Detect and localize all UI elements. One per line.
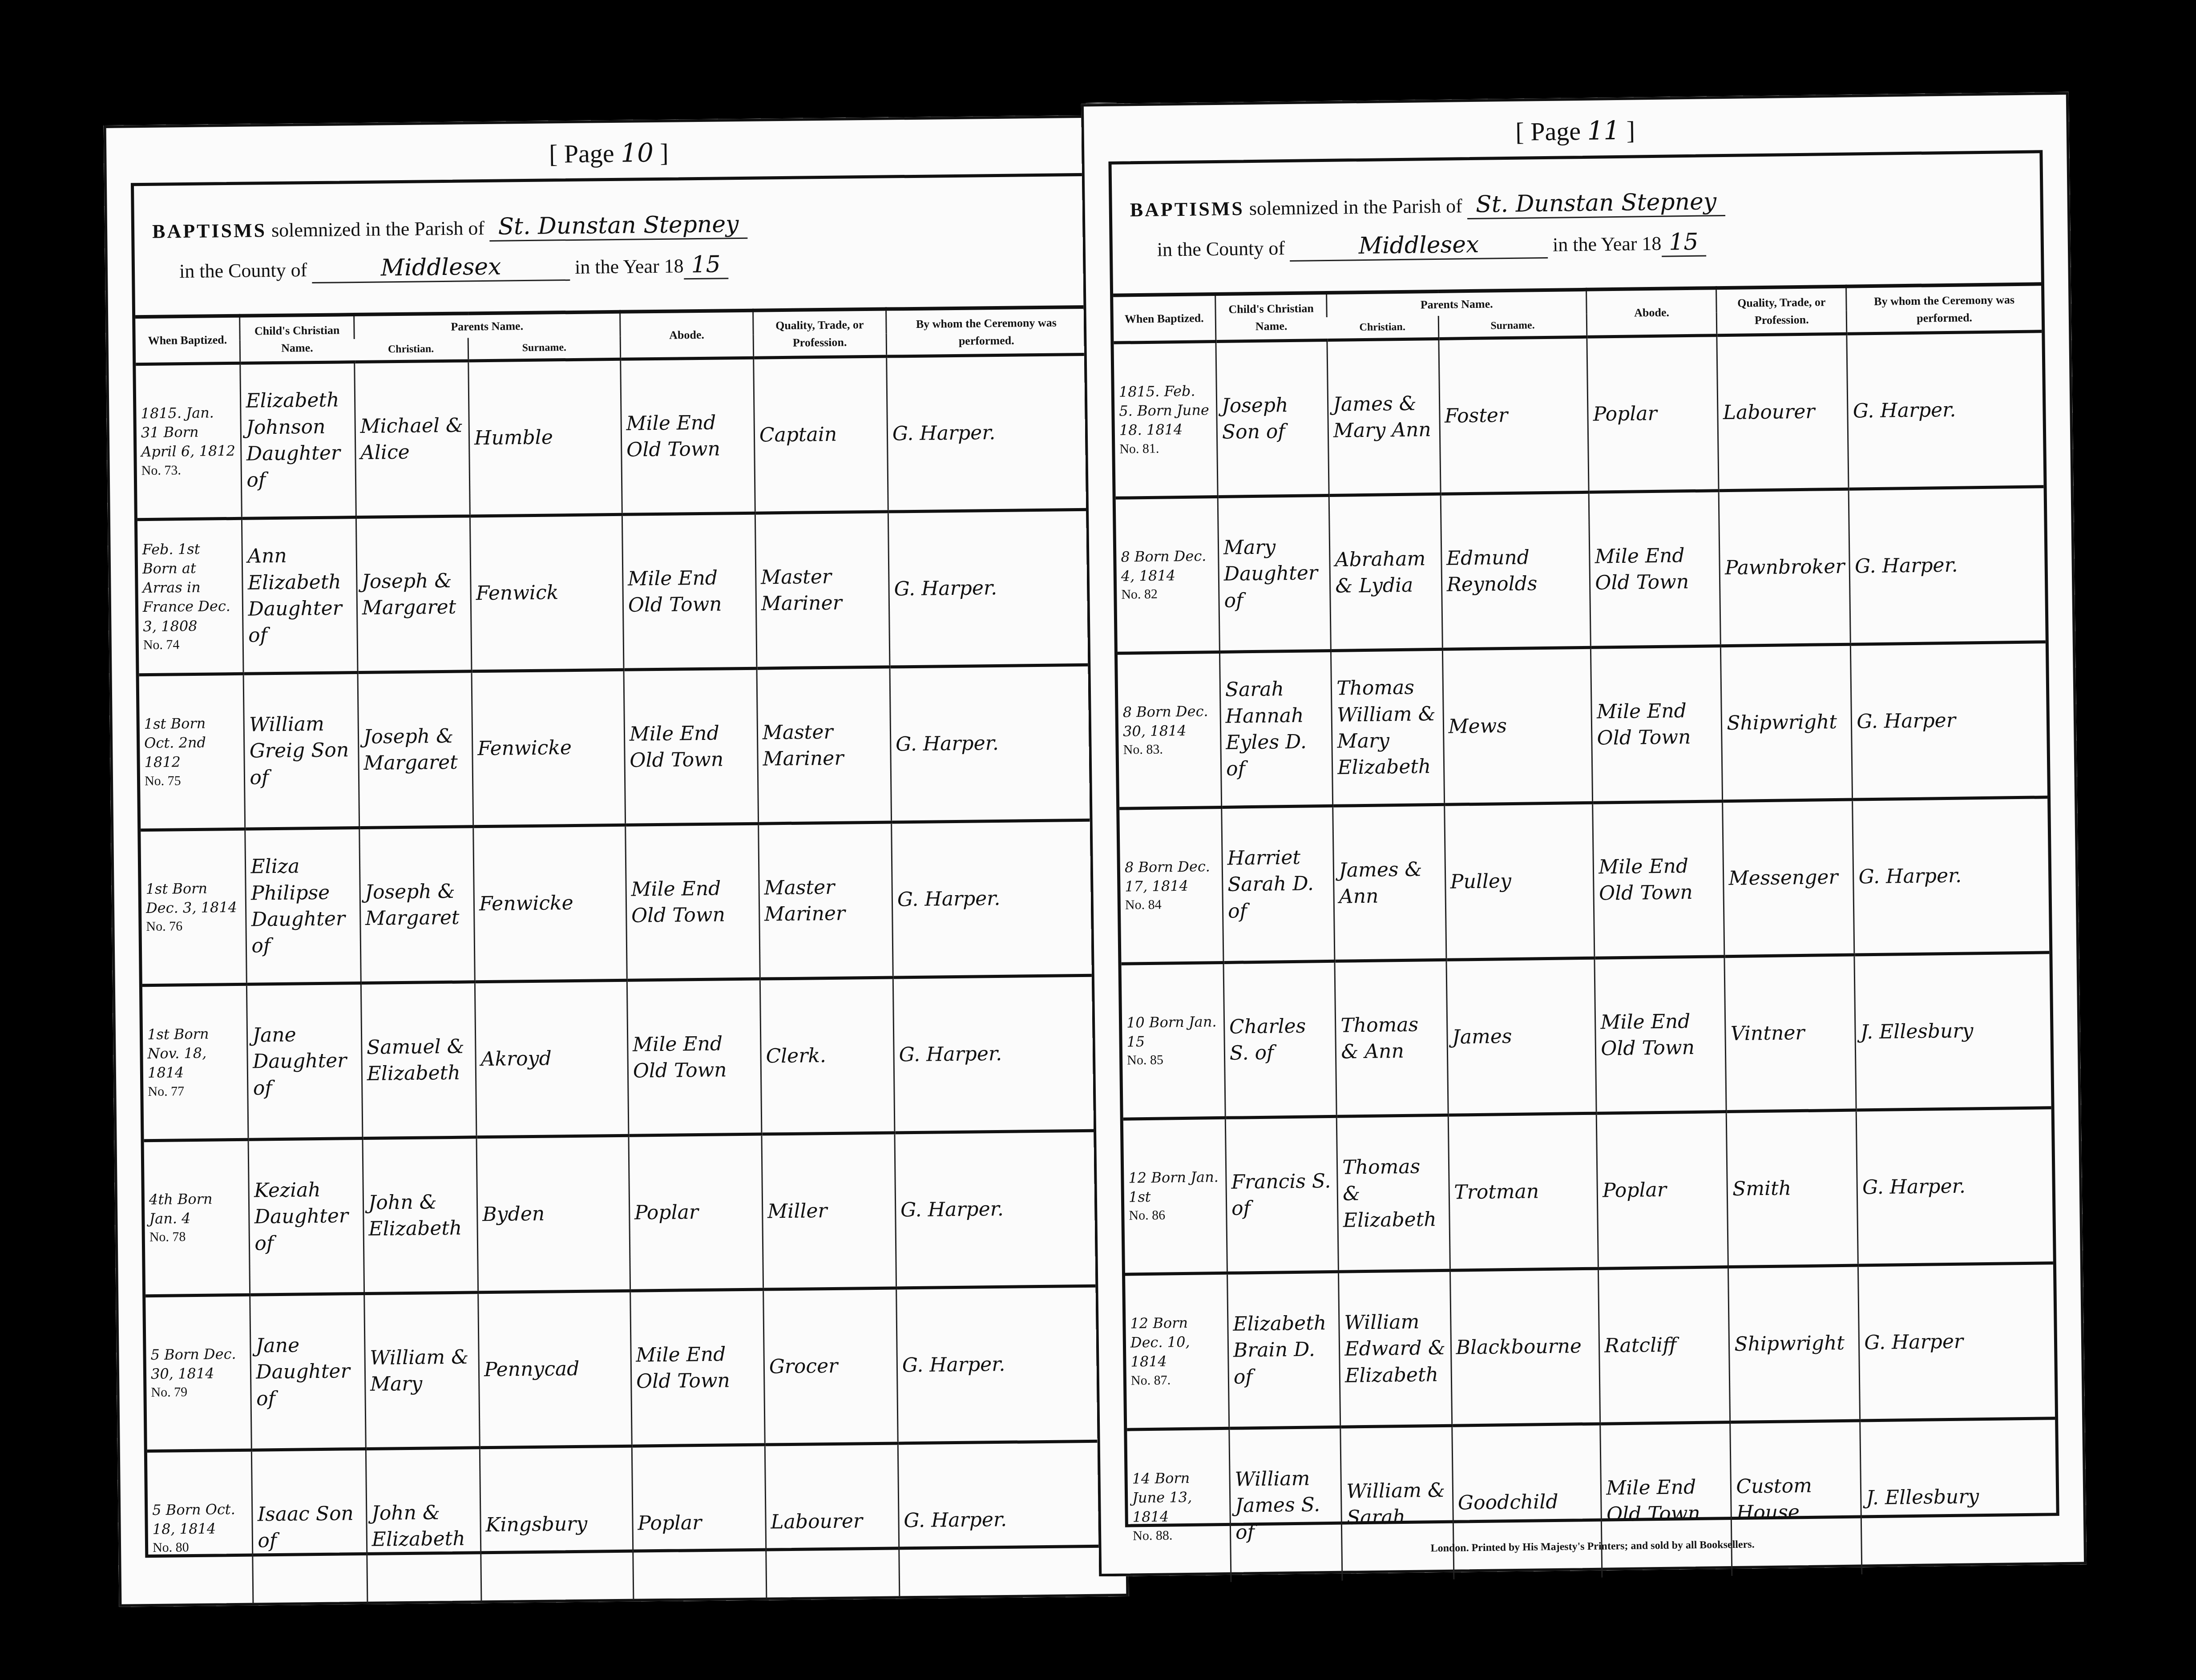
parent-surname-cell: Pulley bbox=[1444, 803, 1595, 960]
baptism-table: When Baptized. Child's Christian Name. P… bbox=[1113, 282, 2057, 1583]
abode-cell: Mile End Old Town bbox=[630, 1289, 765, 1446]
entry-number: No. 87. bbox=[1131, 1371, 1223, 1390]
abode-cell: Poplar bbox=[1596, 1112, 1728, 1269]
officiant-cell: G. Harper. bbox=[895, 1131, 1096, 1288]
officiant-cell: G. Harper. bbox=[1847, 331, 2043, 489]
parent-surname-cell: Fenwicke bbox=[473, 825, 627, 982]
col-parent-surname: Surname. bbox=[1438, 314, 1587, 339]
abode-cell: Mile End Old Town bbox=[624, 668, 759, 825]
quality-cell: Master Mariner bbox=[755, 512, 890, 668]
entry-number: No. 82 bbox=[1121, 585, 1214, 604]
officiant-cell: G. Harper. bbox=[888, 509, 1089, 667]
register-heading: BAPTISMS solemnized in the Parish of St.… bbox=[1121, 158, 2032, 294]
quality-cell: Vintner bbox=[1724, 955, 1856, 1112]
col-parent-christian: Christian. bbox=[1327, 316, 1439, 340]
abode-cell: Mile End Old Town bbox=[1600, 1422, 1732, 1578]
page-label: Page bbox=[1530, 117, 1581, 146]
parent-surname-cell: Trotman bbox=[1448, 1113, 1599, 1270]
quality-cell: Smith bbox=[1727, 1110, 1858, 1267]
parent-surname-cell: Fenwick bbox=[470, 514, 623, 671]
col-by-whom: By whom the Ceremony was performed. bbox=[886, 307, 1086, 356]
abode-cell: Mile End Old Town bbox=[625, 824, 760, 980]
child-name-cell: Francis S. of bbox=[1225, 1116, 1339, 1273]
table-row: Feb. 1st Born at Arras in France Dec. 3,… bbox=[137, 509, 1090, 674]
officiant-cell: G. Harper bbox=[1851, 642, 2047, 800]
parent-christian-cell: Samuel & Elizabeth bbox=[361, 982, 476, 1139]
child-name-cell: Elizabeth Brain D. of bbox=[1227, 1272, 1340, 1428]
entry-number: No. 84 bbox=[1125, 895, 1218, 914]
child-name-cell: Isaac Son of bbox=[252, 1449, 367, 1603]
year-label: in the Year 18 bbox=[1553, 233, 1662, 256]
child-name-cell: Eliza Philipse Daughter of bbox=[245, 828, 361, 985]
child-name-cell: Elizabeth Johnson Daughter of bbox=[240, 362, 356, 519]
left-page: [ Page 10 ] BAPTISMS solemnized in the P… bbox=[104, 115, 1129, 1607]
table-row: 1st Born Oct. 2nd 1812No. 75William Grei… bbox=[139, 665, 1091, 830]
register-heading: BAPTISMS solemnized in the Parish of St.… bbox=[143, 181, 1077, 315]
col-parents: Parents Name. bbox=[1327, 290, 1587, 317]
officiant-cell: J. Ellesbury bbox=[1854, 953, 2051, 1110]
table-row: 8 Born Dec. 17, 1814No. 84Harriet Sarah … bbox=[1119, 797, 2049, 964]
quality-cell: Master Mariner bbox=[758, 822, 893, 979]
parent-surname-cell: Blackbourne bbox=[1450, 1268, 1600, 1426]
parent-christian-cell: John & Elizabeth bbox=[366, 1448, 481, 1603]
entry-number: No. 86 bbox=[1129, 1206, 1221, 1225]
child-name-cell: William Greig Son of bbox=[244, 673, 359, 829]
when-baptized-cell: 8 Born Dec. 30, 1814No. 83. bbox=[1118, 652, 1222, 808]
when-baptized-cell: Feb. 1st Born at Arras in France Dec. 3,… bbox=[137, 518, 244, 674]
parent-christian-cell: James & Mary Ann bbox=[1327, 339, 1441, 495]
quality-cell: Messenger bbox=[1723, 800, 1854, 957]
entry-number: No. 74 bbox=[143, 635, 238, 654]
table-row: 4th Born Jan. 4No. 78Keziah Daughter ofJ… bbox=[144, 1131, 1096, 1296]
child-name-cell: William James S. of bbox=[1229, 1427, 1343, 1582]
parent-surname-cell: Mews bbox=[1442, 647, 1593, 804]
table-row: 14 Born June 13, 1814No. 88.William Jame… bbox=[1127, 1418, 2057, 1583]
parent-surname-cell: Humble bbox=[468, 359, 622, 516]
when-baptized-cell: 1815. Jan. 31 Born April 6, 1812No. 73. bbox=[136, 363, 242, 519]
parent-christian-cell: William & Sarah bbox=[1340, 1426, 1454, 1581]
abode-cell: Poplar bbox=[629, 1134, 763, 1291]
parent-surname-cell: Edmund Reynolds bbox=[1441, 492, 1591, 649]
parent-christian-cell: James & Ann bbox=[1333, 804, 1446, 961]
officiant-cell: G. Harper. bbox=[887, 354, 1088, 512]
entry-number: No. 81. bbox=[1119, 439, 1212, 458]
year-field: 15 bbox=[683, 251, 728, 279]
parent-surname-cell: Akroyd bbox=[475, 980, 628, 1137]
when-baptized-cell: 1st Born Nov. 18, 1814No. 77 bbox=[142, 984, 249, 1140]
parent-christian-cell: Michael & Alice bbox=[354, 361, 470, 517]
right-page: [ Page 11 ] BAPTISMS solemnized in the P… bbox=[1081, 92, 2087, 1577]
county-field: Middlesex bbox=[1290, 230, 1548, 262]
officiant-cell: G. Harper. bbox=[1849, 487, 2045, 644]
quality-cell: Master Mariner bbox=[757, 667, 892, 824]
officiant-cell: G. Harper. bbox=[1853, 797, 2049, 955]
officiant-cell: G. Harper. bbox=[893, 975, 1094, 1133]
page-number: [ Page 11 ] bbox=[1081, 110, 2069, 152]
table-row: 8 Born Dec. 4, 1814No. 82Mary Daughter o… bbox=[1116, 487, 2046, 653]
entry-number: No. 83. bbox=[1123, 740, 1215, 759]
child-name-cell: Jane Daughter of bbox=[250, 1293, 366, 1450]
col-parent-christian: Christian. bbox=[354, 338, 468, 362]
abode-cell: Mile End Old Town bbox=[621, 358, 755, 514]
parent-surname-cell: Kingsbury bbox=[480, 1446, 633, 1601]
when-baptized-cell: 1st Born Dec. 3, 1814No. 76 bbox=[141, 829, 247, 985]
table-row: 5 Born Oct. 18, 1814No. 80Isaac Son ofJo… bbox=[147, 1441, 1099, 1605]
child-name-cell: Ann Elizabeth Daughter of bbox=[242, 517, 358, 674]
parent-christian-cell: Thomas William & Mary Elizabeth bbox=[1331, 649, 1445, 806]
heading-parish-label: solemnized in the Parish of bbox=[1249, 195, 1462, 219]
parish-field: St. Dunstan Stepney bbox=[489, 211, 748, 242]
table-row: 10 Born Jan. 15No. 85Charles S. ofThomas… bbox=[1121, 953, 2051, 1119]
abode-cell: Mile End Old Town bbox=[622, 513, 757, 670]
entry-number: No. 77 bbox=[148, 1082, 243, 1101]
col-quality: Quality, Trade, or Profession. bbox=[753, 309, 886, 358]
child-name-cell: Sarah Hannah Eyles D. of bbox=[1219, 650, 1333, 807]
child-name-cell: Mary Daughter of bbox=[1218, 495, 1331, 652]
parent-surname-cell: Foster bbox=[1438, 337, 1589, 494]
table-row: 1st Born Dec. 3, 1814No. 76Eliza Philips… bbox=[141, 820, 1093, 985]
parent-christian-cell: Thomas & Ann bbox=[1335, 960, 1448, 1116]
baptism-table: When Baptized. Child's Christian Name. P… bbox=[135, 305, 1099, 1605]
officiant-cell: G. Harper. bbox=[896, 1286, 1097, 1443]
officiant-cell: G. Harper. bbox=[1857, 1108, 2053, 1265]
when-baptized-cell: 8 Born Dec. 4, 1814No. 82 bbox=[1116, 497, 1220, 653]
page-number-value: 11 bbox=[1587, 115, 1620, 146]
entry-number: No. 85 bbox=[1127, 1050, 1219, 1070]
entry-number: No. 75 bbox=[145, 771, 240, 790]
parent-christian-cell: Abraham & Lydia bbox=[1329, 494, 1442, 650]
parent-surname-cell: Goodchild bbox=[1452, 1424, 1602, 1579]
child-name-cell: Charles S. of bbox=[1223, 961, 1337, 1118]
entry-number: No. 80 bbox=[153, 1538, 248, 1557]
child-name-cell: Keziah Daughter of bbox=[248, 1139, 364, 1295]
table-row: 12 Born Jan. 1stNo. 86Francis S. ofThoma… bbox=[1123, 1108, 2053, 1274]
child-name-cell: Joseph Son of bbox=[1216, 340, 1329, 497]
quality-cell: Pawnbroker bbox=[1719, 489, 1850, 646]
child-name-cell: Jane Daughter of bbox=[247, 983, 363, 1140]
when-baptized-cell: 12 Born Jan. 1stNo. 86 bbox=[1123, 1118, 1227, 1274]
heading-caps: BAPTISMS bbox=[1130, 198, 1244, 221]
col-by-whom: By whom the Ceremony was performed. bbox=[1846, 284, 2042, 334]
entry-number: No. 73. bbox=[141, 460, 237, 480]
parent-surname-cell: Pennycad bbox=[478, 1291, 632, 1448]
page-number-value: 10 bbox=[621, 137, 654, 168]
when-baptized-cell: 14 Born June 13, 1814No. 88. bbox=[1127, 1428, 1231, 1583]
col-child: Child's Christian Name. bbox=[240, 315, 354, 363]
heading-caps: BAPTISMS bbox=[152, 219, 266, 242]
col-quality: Quality, Trade, or Profession. bbox=[1716, 287, 1847, 335]
officiant-cell: G. Harper. bbox=[898, 1441, 1099, 1597]
quality-cell: Labourer bbox=[765, 1443, 900, 1599]
table-row: 12 Born Dec. 10, 1814No. 87.Elizabeth Br… bbox=[1125, 1263, 2055, 1430]
quality-cell: Shipwright bbox=[1721, 644, 1853, 801]
year-label: in the Year 18 bbox=[575, 255, 684, 278]
table-row: 8 Born Dec. 30, 1814No. 83.Sarah Hannah … bbox=[1118, 642, 2047, 808]
year-field: 15 bbox=[1661, 229, 1706, 257]
parent-christian-cell: William & Mary bbox=[364, 1292, 480, 1449]
table-row: 5 Born Dec. 30, 1814No. 79Jane Daughter … bbox=[145, 1286, 1098, 1451]
col-parent-surname: Surname. bbox=[468, 336, 620, 361]
parent-christian-cell: Thomas & Elizabeth bbox=[1336, 1115, 1450, 1272]
abode-cell: Mile End Old Town bbox=[1595, 957, 1726, 1114]
parent-surname-cell: James bbox=[1446, 958, 1597, 1115]
entry-number: No. 76 bbox=[146, 917, 241, 936]
col-parents: Parents Name. bbox=[354, 312, 620, 339]
officiant-cell: G. Harper. bbox=[890, 665, 1091, 822]
heading-parish-label: solemnized in the Parish of bbox=[271, 217, 485, 241]
quality-cell: Grocer bbox=[763, 1288, 898, 1445]
when-baptized-cell: 1st Born Oct. 2nd 1812No. 75 bbox=[139, 674, 246, 830]
when-baptized-cell: 12 Born Dec. 10, 1814No. 87. bbox=[1125, 1273, 1229, 1430]
entry-number: No. 78 bbox=[149, 1228, 245, 1247]
parish-field: St. Dunstan Stepney bbox=[1467, 188, 1725, 219]
quality-cell: Shipwright bbox=[1728, 1265, 1860, 1422]
parent-christian-cell: Joseph & Margaret bbox=[358, 671, 473, 828]
when-baptized-cell: 4th Born Jan. 4No. 78 bbox=[144, 1139, 250, 1296]
officiant-cell: J. Ellesbury bbox=[1860, 1418, 2057, 1575]
table-row: 1815. Feb. 5. Born June 18. 1814No. 81.J… bbox=[1114, 331, 2043, 498]
county-label: in the County of bbox=[1157, 237, 1285, 261]
officiant-cell: G. Harper. bbox=[892, 820, 1093, 977]
parent-surname-cell: Fenwicke bbox=[472, 670, 625, 827]
col-when: When Baptized. bbox=[135, 316, 240, 364]
child-name-cell: Harriet Sarah D. of bbox=[1222, 806, 1335, 962]
col-child: Child's Christian Name. bbox=[1215, 293, 1328, 342]
when-baptized-cell: 1815. Feb. 5. Born June 18. 1814No. 81. bbox=[1114, 342, 1218, 498]
abode-cell: Ratcliff bbox=[1599, 1267, 1730, 1424]
page-number: [ Page 10 ] bbox=[104, 133, 1114, 174]
officiant-cell: G. Harper bbox=[1858, 1263, 2055, 1421]
register-frame: BAPTISMS solemnized in the Parish of St.… bbox=[1108, 150, 2059, 1527]
abode-cell: Mile End Old Town bbox=[627, 979, 762, 1135]
quality-cell: Labourer bbox=[1717, 334, 1849, 491]
col-abode: Abode. bbox=[1586, 288, 1717, 337]
page-label: Page bbox=[564, 139, 614, 168]
when-baptized-cell: 5 Born Dec. 30, 1814No. 79 bbox=[145, 1295, 252, 1451]
entry-number: No. 88. bbox=[1133, 1526, 1225, 1545]
table-row: 1st Born Nov. 18, 1814No. 77Jane Daughte… bbox=[142, 975, 1094, 1140]
parent-christian-cell: John & Elizabeth bbox=[363, 1137, 478, 1294]
when-baptized-cell: 8 Born Dec. 17, 1814No. 84 bbox=[1119, 807, 1223, 964]
parent-christian-cell: Joseph & Margaret bbox=[359, 827, 475, 983]
abode-cell: Mile End Old Town bbox=[1593, 801, 1724, 958]
table-row: 1815. Jan. 31 Born April 6, 1812No. 73.E… bbox=[136, 354, 1088, 519]
county-field: Middlesex bbox=[312, 253, 570, 283]
when-baptized-cell: 10 Born Jan. 15No. 85 bbox=[1121, 962, 1225, 1119]
quality-cell: Custom House bbox=[1730, 1421, 1862, 1576]
quality-cell: Miller bbox=[762, 1133, 896, 1289]
abode-cell: Mile End Old Town bbox=[1589, 491, 1720, 648]
entry-number: No. 79 bbox=[151, 1383, 246, 1402]
parent-christian-cell: William Edward & Elizabeth bbox=[1339, 1270, 1452, 1427]
abode-cell: Poplar bbox=[1587, 335, 1719, 493]
col-abode: Abode. bbox=[620, 311, 753, 359]
abode-cell: Poplar bbox=[632, 1445, 767, 1600]
when-baptized-cell: 5 Born Oct. 18, 1814No. 80 bbox=[147, 1450, 254, 1605]
parent-christian-cell: Joseph & Margaret bbox=[356, 516, 472, 673]
abode-cell: Mile End Old Town bbox=[1591, 646, 1723, 803]
quality-cell: Clerk. bbox=[760, 977, 895, 1134]
county-label: in the County of bbox=[179, 259, 307, 282]
col-when: When Baptized. bbox=[1113, 294, 1216, 343]
parent-surname-cell: Byden bbox=[476, 1135, 630, 1292]
register-frame: BAPTISMS solemnized in the Parish of St.… bbox=[131, 173, 1102, 1558]
quality-cell: Captain bbox=[754, 356, 888, 513]
